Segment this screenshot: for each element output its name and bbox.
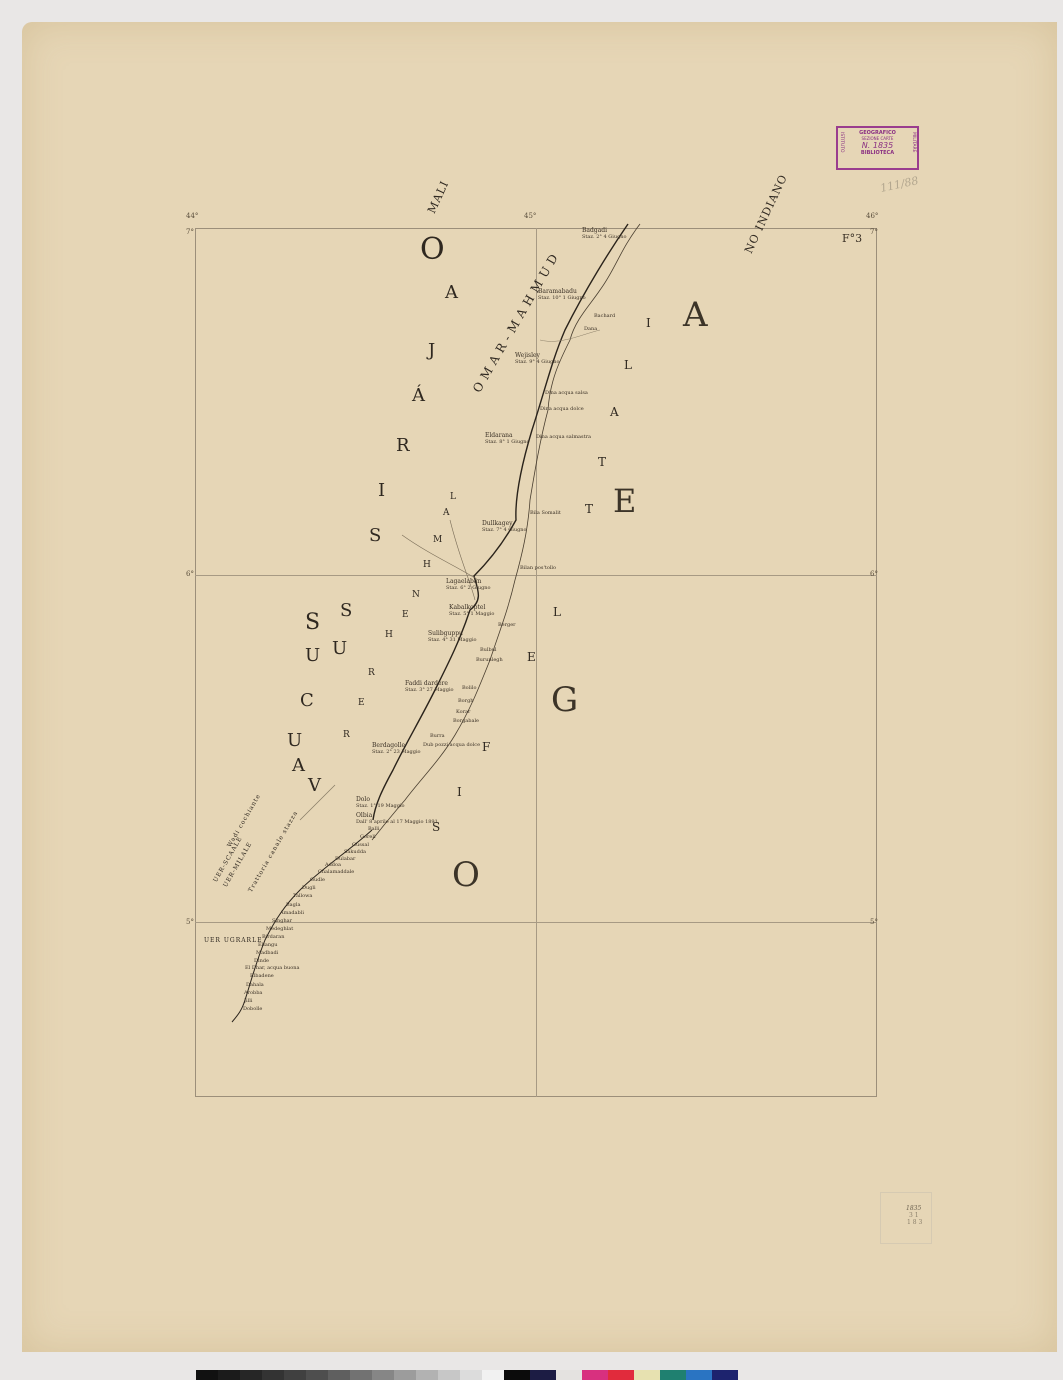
place-label: Bulbul: [480, 647, 497, 653]
calibration-swatch: [660, 1370, 686, 1380]
label-ugirajao-s: S: [305, 610, 321, 635]
place-label: Dugli: [302, 885, 316, 891]
place-label: Singhar: [272, 918, 292, 924]
calibration-swatch: [372, 1370, 394, 1380]
calibration-swatch: [306, 1370, 328, 1380]
calibration-swatch: [608, 1370, 634, 1380]
calibration-swatch: [284, 1370, 306, 1380]
place-label: Bachard: [594, 313, 615, 319]
place-label: Medeghlat: [266, 926, 293, 932]
place-label: Arobba: [244, 990, 262, 996]
label-reru-h2: H: [423, 560, 432, 570]
label-reru-a1: A: [443, 508, 451, 518]
place-label: Dina acqua salmastra: [536, 434, 591, 440]
label-ugirajao-r: R: [396, 435, 411, 456]
label-sifeltia-f: F: [482, 740, 491, 754]
label-ugirajao-i1: I: [378, 480, 386, 501]
calibration-swatch: [460, 1370, 482, 1380]
label-ogaden-g: G: [551, 680, 579, 720]
station-label: DoloStaz. 1° 19 Maggio: [356, 796, 405, 809]
shelf-line-3: 1 8 3: [907, 1219, 931, 1226]
label-reru-r2: R: [368, 668, 376, 678]
place-label: Tallowa: [293, 893, 312, 899]
calibration-swatch: [482, 1370, 504, 1380]
label-sifeltia-e: E: [527, 650, 537, 664]
station-label: LagaelabanStaz. 6° 2 Giugno: [446, 578, 491, 591]
label-ugirajao-g: S: [340, 600, 353, 621]
place-label: Elbadene: [250, 973, 274, 979]
place-label: Gussal: [352, 842, 369, 848]
label-sifeltia-i1: L: [624, 358, 633, 372]
place-label: Dobolle: [243, 1006, 262, 1012]
label-uer-ugrarle: UER UGRARLE: [204, 937, 262, 944]
station-label: BerdagolleStaz. 2° 23 Maggio: [372, 742, 421, 755]
shelf-line-2: 3 1: [909, 1212, 931, 1219]
station-label: OlbiaDall' 8 aprile al 17 Maggio 1891: [356, 812, 438, 825]
place-label: Korar: [456, 709, 470, 715]
place-label: Bilan pos'tollo: [520, 565, 556, 571]
label-reru-h1: H: [385, 630, 394, 640]
place-label: Dinde: [254, 958, 269, 964]
place-label: Bila Somalit: [530, 510, 561, 516]
place-label: Amadabli: [280, 910, 304, 916]
place-label: Bagla: [286, 902, 300, 908]
route-lines: [0, 0, 1063, 1380]
calibration-swatch: [416, 1370, 438, 1380]
label-ogaden-a: A: [683, 295, 709, 335]
label-ugirajao-v: V: [308, 775, 322, 796]
label-reru-r1: R: [343, 730, 351, 740]
label-sifeltia-i2: I: [457, 785, 463, 799]
place-label: Chalamaddale: [318, 869, 354, 875]
place-label: Balli: [368, 826, 379, 832]
label-sifeltia-a1: T: [598, 455, 607, 469]
label-aulihan-a1: A: [445, 282, 459, 303]
station-label: EldaranaStaz. 8° 1 Giugno: [485, 432, 530, 445]
label-reru-e1: E: [358, 698, 366, 708]
label-ugirajao-u2: U: [305, 645, 321, 666]
label-ugirajao-a: Á: [412, 385, 426, 406]
calibration-swatch: [328, 1370, 350, 1380]
place-label: Dina acqua salsa: [545, 390, 588, 396]
station-label: DullkageyStaz. 7° 4 Giugno: [482, 520, 527, 533]
place-label: Dina acqua dolce: [540, 406, 584, 412]
calibration-swatch: [712, 1370, 738, 1380]
calibration-swatch: [504, 1370, 530, 1380]
label-ogaden-o2: O: [452, 855, 481, 895]
label-sifeltia-l1: I: [646, 316, 652, 330]
station-label: BadgadiStaz. 2° 4 Giugno: [582, 227, 627, 240]
station-label: KabalkoptelStaz. 5° 1 Maggio: [449, 604, 494, 617]
place-label: Addoa: [325, 862, 341, 868]
calibration-swatch: [262, 1370, 284, 1380]
calibration-swatch: [686, 1370, 712, 1380]
place-label: Berger: [498, 622, 516, 628]
label-reru-l: L: [450, 492, 457, 502]
place-label: Goreli: [360, 834, 376, 840]
label-ugirajao-c: C: [300, 690, 315, 711]
station-label: Faddi dardereStaz. 3° 27 Maggio: [405, 680, 454, 693]
label-reru-m: M: [433, 535, 443, 545]
label-ugirajao-u3: U: [287, 730, 303, 751]
label-sifeltia-t1: A: [610, 405, 620, 419]
place-label: Burra: [430, 733, 445, 739]
place-label: Birdaran: [262, 934, 284, 940]
place-label: Sakudda: [344, 849, 366, 855]
place-label: Jilli: [244, 998, 252, 1004]
calibration-swatch: [218, 1370, 240, 1380]
shelf-line-1: 1835: [906, 1205, 931, 1212]
calibration-swatch: [582, 1370, 608, 1380]
station-label: SulibguppuStaz. 4° 31 Maggio: [428, 630, 477, 643]
label-ugirajao-i2: S: [369, 525, 382, 546]
label-reru-e2: E: [402, 610, 410, 620]
calibration-swatch: [394, 1370, 416, 1380]
calibration-swatch: [438, 1370, 460, 1380]
label-sifeltia-l2: L: [553, 605, 562, 619]
place-label: El Dhar, acqua buona: [245, 965, 299, 971]
color-calibration-strip: [196, 1370, 738, 1380]
station-label: BaramabaduStaz. 10° 1 Giugno: [538, 288, 586, 301]
place-label: Madbadi: [256, 950, 278, 956]
label-ogaden-e: E: [613, 482, 637, 520]
label-reru-n: N: [412, 590, 421, 600]
calibration-swatch: [350, 1370, 372, 1380]
calibration-swatch: [530, 1370, 556, 1380]
calibration-swatch: [634, 1370, 660, 1380]
station-label: WejisleyStaz. 9° 4 Giugno: [515, 352, 560, 365]
place-label: Dahala: [246, 982, 264, 988]
calibration-swatch: [240, 1370, 262, 1380]
label-sifeltia-t2: T: [585, 502, 594, 516]
place-label: Dana: [584, 326, 597, 332]
calibration-swatch: [196, 1370, 218, 1380]
label-ogaden-o: O: [420, 232, 446, 267]
label-aulihan-a2: A: [292, 755, 306, 776]
place-label: Borgabale: [453, 718, 479, 724]
label-ugirajao-j: J: [428, 340, 436, 361]
shelf-label: 1835 3 1 1 8 3: [880, 1192, 932, 1244]
place-label: Gudle: [310, 877, 325, 883]
place-label: Bolilo: [462, 685, 477, 691]
place-label: Dub pozzi acqua dolce: [423, 742, 480, 748]
place-label: Borgh: [458, 698, 474, 704]
place-label: Burunlegh: [476, 657, 503, 663]
label-ugirajao-u1: U: [332, 638, 348, 659]
calibration-swatch: [556, 1370, 582, 1380]
